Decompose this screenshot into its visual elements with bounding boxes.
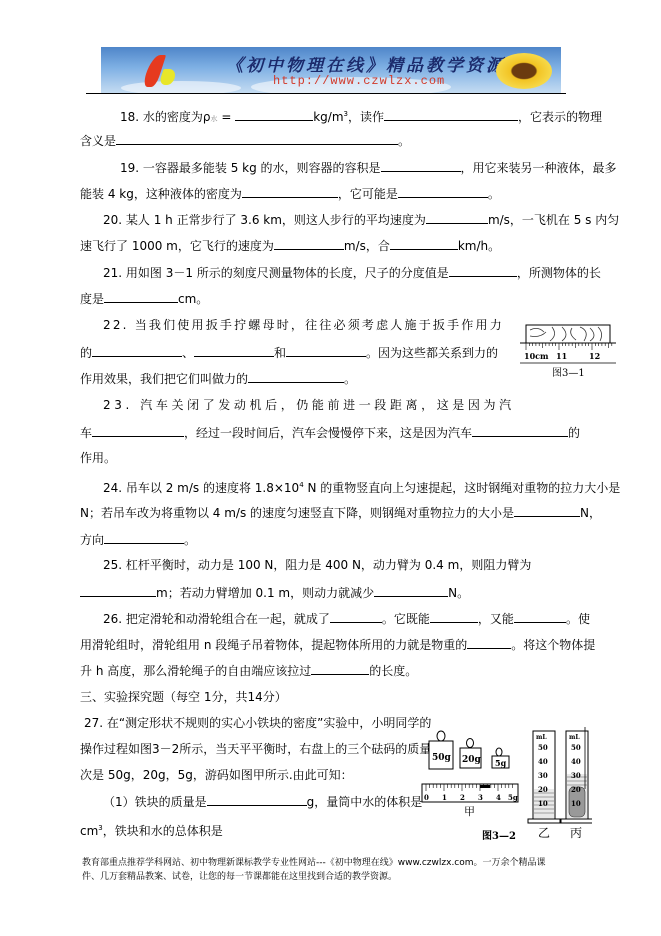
question-18-line-2: 含义是。	[80, 132, 410, 149]
answer-blank[interactable]	[248, 370, 344, 383]
text: =	[218, 110, 236, 124]
svg-text:30: 30	[538, 771, 548, 780]
banner-title: 《初中物理在线》精品教学资源库	[226, 51, 526, 76]
question-27-line-2: 操作过程如图3－2所示，当天平平衡时，右盘上的三个砝码的质量依	[80, 741, 443, 757]
answer-blank[interactable]	[374, 584, 448, 597]
text: 车	[80, 426, 92, 440]
question-26-line-1: 26. 把定滑轮和动滑轮组合在一起，就成了。它既能，又能。使	[103, 610, 590, 627]
experiment-diagram: 50g 20g 5g 0 1 2 3 4 5g 甲 图3—2 mL 50 40 …	[420, 727, 592, 845]
svg-text:40: 40	[571, 757, 581, 766]
svg-text:1: 1	[442, 793, 447, 802]
answer-blank[interactable]	[311, 662, 369, 675]
question-23-line-2: 车，经过一段时间后，汽车会慢慢停下来，这是因为汽车的	[80, 424, 580, 441]
svg-text:mL: mL	[569, 734, 580, 741]
text: 。它既能	[382, 612, 430, 626]
answer-blank[interactable]	[286, 344, 366, 357]
svg-text:12: 12	[589, 351, 600, 361]
text: cm	[80, 824, 98, 838]
svg-text:图3—1: 图3—1	[552, 367, 585, 379]
svg-text:10cm: 10cm	[524, 351, 549, 361]
answer-blank[interactable]	[274, 237, 344, 250]
text: ，经过一段时间后，汽车会慢慢停下来，这是因为汽车	[184, 426, 472, 440]
answer-blank[interactable]	[330, 610, 382, 623]
question-27-line-3: 次是 50g，20g，5g，游码如图甲所示.由此可知：	[80, 767, 353, 783]
svg-text:20g: 20g	[462, 755, 482, 765]
text: 含义是	[80, 134, 116, 148]
sunflower-icon	[496, 53, 552, 89]
text: 20. 某人 1 h 正常步行了 3.6 km，则这人步行的平均速度为	[103, 213, 426, 227]
text: m；若动力臂增加 0.1 m，则动力就减少	[156, 586, 374, 600]
figure-3-1-ruler: 10cm 11 12 图3—1	[518, 322, 618, 382]
answer-blank[interactable]	[384, 108, 518, 121]
text: ，又能	[478, 612, 514, 626]
question-26-line-3: 升 h 高度，那么滑轮绳子的自由端应该拉过的长度。	[80, 662, 417, 679]
text: 的长度。	[369, 664, 417, 678]
svg-text:20: 20	[538, 785, 548, 794]
text: 的	[80, 346, 92, 360]
text: 能装 4 kg，这种液体的密度为	[80, 187, 242, 201]
text: 。将这个物体提	[511, 638, 595, 652]
text: ，它可能是	[338, 187, 398, 201]
question-27-line-5: cm3，铁块和水的总体积是	[80, 820, 223, 839]
question-18-line-1: 18. 水的密度为ρ水 = kg/m3，读作，它表示的物理	[120, 106, 602, 127]
text: 。	[344, 372, 356, 386]
answer-blank[interactable]	[207, 793, 307, 806]
header-banner: 《初中物理在线》精品教学资源库 http://www.czwlzx.com	[101, 47, 561, 93]
question-19-line-1: 19. 一容器最多能装 5 kg 的水，则容器的容积是，用它来装另一种液体，最多	[120, 159, 617, 176]
svg-text:50: 50	[538, 743, 548, 752]
svg-text:乙: 乙	[538, 826, 550, 840]
text: ，所测物体的长	[517, 266, 601, 280]
text: 的	[568, 426, 580, 440]
text: 。因为这些都关系到力的	[366, 346, 498, 360]
text: 。	[488, 187, 500, 201]
question-25-line-2: m；若动力臂增加 0.1 m，则动力就减少N。	[80, 584, 469, 601]
answer-blank[interactable]	[398, 185, 488, 198]
text: N 的重物竖直向上匀速提起，这时钢绳对重物的拉力大小是	[304, 481, 621, 495]
svg-text:2: 2	[460, 793, 465, 802]
answer-blank[interactable]	[472, 424, 568, 437]
cloud-decoration	[121, 81, 241, 93]
text: 作用效果，我们把它们叫做力的	[80, 372, 248, 386]
svg-text:4: 4	[496, 793, 501, 802]
answer-blank[interactable]	[430, 610, 478, 623]
svg-text:5g: 5g	[508, 793, 518, 802]
svg-text:0: 0	[424, 793, 429, 802]
question-22-line-3: 作用效果，我们把它们叫做力的。	[80, 370, 356, 387]
answer-blank[interactable]	[104, 290, 178, 303]
question-24-line-1: 24. 吊车以 2 m/s 的速度将 1.8×104 N 的重物竖直向上匀速提起…	[103, 477, 620, 496]
answer-blank[interactable]	[194, 344, 274, 357]
header-divider	[86, 93, 566, 94]
footer-line-2: 件、几万套精品教案、试卷，让您的每一节课都能在这里找到合适的教学资源。	[82, 870, 546, 884]
ruler-diagram: 10cm 11 12 图3—1	[518, 322, 618, 382]
text: 18. 水的密度为ρ	[120, 110, 211, 124]
subscript: 水	[211, 115, 218, 123]
text: 和	[274, 346, 286, 360]
section-3-title: 三、实验探究题（每空 1分，共14分）	[80, 689, 287, 705]
answer-blank[interactable]	[467, 636, 511, 649]
text: 。	[398, 134, 410, 148]
text: 24. 吊车以 2 m/s 的速度将 1.8×10	[103, 481, 299, 495]
answer-blank[interactable]	[235, 108, 313, 121]
svg-text:5g: 5g	[495, 758, 507, 768]
text: （1）铁块的质量是	[103, 795, 207, 809]
footer-line-1: 教育部重点推荐学科网站、初中物理新课标教学专业性网站---《初中物理在线》www…	[82, 856, 546, 870]
question-22-line-1: 22. 当我们使用扳手拧螺母时，往往必须考虑人施于扳手作用力	[103, 317, 504, 333]
answer-blank[interactable]	[426, 211, 488, 224]
question-20-line-1: 20. 某人 1 h 正常步行了 3.6 km，则这人步行的平均速度为m/s，一…	[103, 211, 619, 228]
svg-text:丙: 丙	[570, 826, 582, 840]
question-24-line-3: 方向。	[80, 531, 196, 548]
svg-text:图3—2: 图3—2	[482, 829, 516, 842]
question-22-line-2: 的、和。因为这些都关系到力的	[80, 344, 498, 361]
text: g，量筒中水的体积是	[307, 795, 423, 809]
question-27-line-4: （1）铁块的质量是g，量筒中水的体积是	[103, 793, 422, 810]
question-23-line-1: 23. 汽车关闭了发动机后，仍能前进一段距离，这是因为汽	[103, 397, 515, 413]
text: 用滑轮组时，滑轮组用 n 段绳子吊着物体，提起物体所用的力就是物重的	[80, 638, 467, 652]
svg-text:11: 11	[556, 351, 567, 361]
unit: kg/m	[313, 110, 343, 124]
answer-blank[interactable]	[381, 159, 461, 172]
svg-text:40: 40	[538, 757, 548, 766]
figure-3-2-balance-and-cylinders: 50g 20g 5g 0 1 2 3 4 5g 甲 图3—2 mL 50 40 …	[420, 727, 592, 845]
answer-blank[interactable]	[514, 504, 580, 517]
text: 度是	[80, 292, 104, 306]
text: N。	[448, 586, 469, 600]
question-20-line-2: 速飞行了 1000 m，它飞行的速度为m/s，合km/h。	[80, 237, 500, 254]
text: m/s，合	[344, 239, 390, 253]
answer-blank[interactable]	[92, 424, 184, 437]
svg-text:mL: mL	[536, 734, 547, 741]
banner-url[interactable]: http://www.czwlzx.com	[273, 74, 445, 88]
text: 19. 一容器最多能装 5 kg 的水，则容器的容积是	[120, 161, 381, 175]
answer-blank[interactable]	[514, 610, 566, 623]
answer-blank[interactable]	[390, 237, 458, 250]
svg-text:50: 50	[571, 743, 581, 752]
answer-blank[interactable]	[116, 132, 398, 145]
svg-text:20: 20	[571, 785, 581, 794]
answer-blank[interactable]	[104, 531, 184, 544]
text: 21. 用如图 3－1 所示的刻度尺测量物体的长度，尺子的分度值是	[103, 266, 449, 280]
answer-blank[interactable]	[80, 584, 156, 597]
answer-blank[interactable]	[449, 264, 517, 277]
text: ，读作	[348, 110, 384, 124]
page-footer: 教育部重点推荐学科网站、初中物理新课标教学专业性网站---《初中物理在线》www…	[82, 856, 546, 884]
text: N；若吊车改为将重物以 4 m/s 的速度匀速竖直下降，则钢绳对重物拉力的大小是	[80, 506, 514, 520]
text: 方向	[80, 533, 104, 547]
question-19-line-2: 能装 4 kg，这种液体的密度为，它可能是。	[80, 185, 500, 202]
svg-text:3: 3	[478, 793, 483, 802]
text: ，它表示的物理	[518, 110, 602, 124]
text: 升 h 高度，那么滑轮绳子的自由端应该拉过	[80, 664, 311, 678]
question-26-line-2: 用滑轮组时，滑轮组用 n 段绳子吊着物体，提起物体所用的力就是物重的。将这个物体…	[80, 636, 595, 653]
svg-text:30: 30	[571, 771, 581, 780]
svg-text:10: 10	[538, 799, 548, 808]
text: 。	[184, 533, 196, 547]
text: 26. 把定滑轮和动滑轮组合在一起，就成了	[103, 612, 330, 626]
text: N，	[580, 506, 601, 520]
text: cm。	[178, 292, 208, 306]
question-25-line-1: 25. 杠杆平衡时，动力是 100 N，阻力是 400 N，动力臂为 0.4 m…	[103, 557, 531, 573]
text: m/s，一飞机在 5 s 内匀	[488, 213, 619, 227]
answer-blank[interactable]	[92, 344, 182, 357]
text: 、	[182, 346, 194, 360]
question-21-line-1: 21. 用如图 3－1 所示的刻度尺测量物体的长度，尺子的分度值是，所测物体的长	[103, 264, 601, 281]
text: 速飞行了 1000 m，它飞行的速度为	[80, 239, 274, 253]
question-24-line-2: N；若吊车改为将重物以 4 m/s 的速度匀速竖直下降，则钢绳对重物拉力的大小是…	[80, 504, 601, 521]
question-21-line-2: 度是cm。	[80, 290, 208, 307]
text: ，铁块和水的总体积是	[103, 824, 223, 838]
svg-text:10: 10	[571, 799, 581, 808]
svg-text:50g: 50g	[432, 753, 452, 763]
text: 。使	[566, 612, 590, 626]
svg-text:甲: 甲	[464, 805, 475, 818]
rider-icon	[480, 785, 490, 788]
text: km/h。	[458, 239, 500, 253]
text: ，用它来装另一种液体，最多	[461, 161, 617, 175]
answer-blank[interactable]	[242, 185, 338, 198]
question-23-line-3: 作用。	[80, 450, 116, 466]
question-27-line-1: 27. 在“测定形状不规则的实心小铁块的密度”实验中，小明同学的	[84, 715, 431, 731]
